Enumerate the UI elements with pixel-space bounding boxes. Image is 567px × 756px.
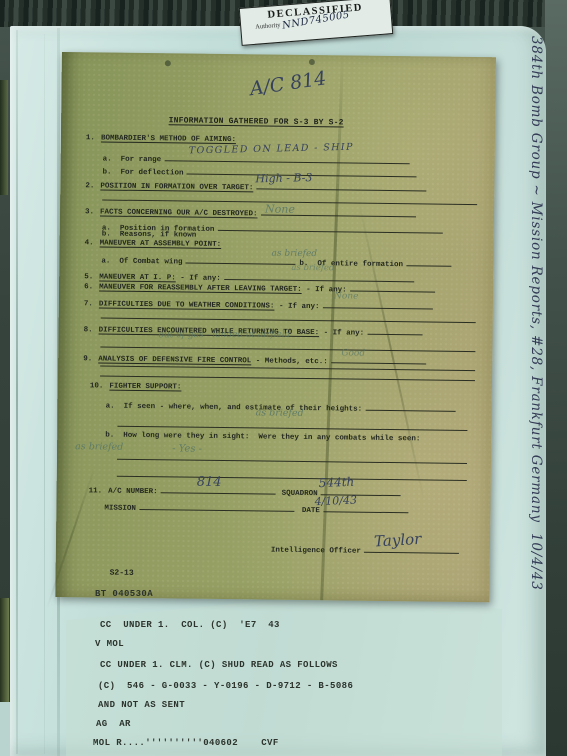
dark-background-right — [545, 0, 567, 756]
teletype-line: CC UNDER 1. COL. (C) 'E7 43 — [100, 621, 280, 630]
item-label: MANEUVER AT ASSEMBLY POINT: — [100, 239, 222, 248]
fill-line — [406, 258, 451, 267]
teletype-line: CC UNDER 1. CLM. (C) SHUD READ AS FOLLOW… — [100, 661, 338, 670]
mission-report-form: A/C 814 INFORMATION GATHERED FOR S-3 BY … — [55, 52, 496, 602]
page-code: S2-13 — [110, 570, 134, 578]
teletype-line: AND NOT AS SENT — [98, 701, 185, 710]
item-number: 2. — [85, 183, 94, 191]
fill-line — [365, 403, 455, 412]
handwritten-value: as briefed — [75, 442, 123, 452]
item-number: 8. — [84, 327, 93, 335]
item-number: 10. — [90, 383, 104, 391]
item-number: 3. — [85, 209, 94, 217]
stamp-authority-label: Authority — [255, 22, 282, 31]
fill-line — [224, 272, 414, 282]
handwritten-value: as briefed — [271, 250, 317, 260]
sub-label: a. If seen - where, when, and estimate o… — [106, 403, 363, 414]
document-photo: A/C 814 INFORMATION GATHERED FOR S-3 BY … — [0, 0, 567, 756]
sub-label: a. For range — [103, 156, 162, 165]
handwritten-value: None — [334, 292, 359, 301]
fill-line — [322, 300, 432, 309]
squadron-label: SQUADRON — [282, 490, 318, 498]
teletype-line: (C) 546 - G-0033 - Y-0196 - D-9712 - B-5… — [98, 682, 353, 691]
date-label: DATE — [302, 507, 320, 515]
handwritten-value: 544th — [319, 476, 355, 489]
page-corner — [0, 702, 10, 756]
item-number: 6. — [84, 284, 93, 292]
item-label: FACTS CONCERNING OUR A/C DESTROYED: — [100, 208, 258, 218]
handwritten-value: High - B-3 — [255, 172, 312, 184]
item-label: BOMBARDIER'S METHOD OF AIMING: — [101, 134, 236, 144]
margin-annotation: 384th Bomb Group ~ Mission Reports, #28,… — [520, 36, 544, 736]
item-number: 1. — [86, 135, 95, 143]
teletype-line: BT 040530A — [95, 590, 153, 599]
fill-line — [139, 502, 294, 512]
handwritten-value: None — [265, 203, 295, 214]
fill-line — [117, 452, 467, 464]
item-label: FIGHTER SUPPORT: — [109, 383, 181, 392]
signature-label: Intelligence Officer — [271, 547, 361, 556]
item-label-suffix: - If any: — [319, 329, 364, 338]
handwritten-value: as briefed — [256, 408, 304, 418]
fill-line — [117, 469, 467, 481]
fill-line — [350, 284, 435, 293]
item-number: 7. — [84, 301, 93, 309]
page-edge-line — [16, 30, 18, 754]
handwritten-value: out of gas - landed at airfield — [159, 331, 291, 341]
item-number: 11. — [89, 488, 103, 496]
signature: Taylor — [374, 532, 422, 550]
item-label-suffix: - If any: — [274, 303, 319, 312]
form-title: INFORMATION GATHERED FOR S-3 BY S-2 — [156, 116, 356, 127]
handwritten-value: 814 — [197, 476, 222, 489]
handwritten-value: 4/10/43 — [314, 495, 357, 508]
page-stack-sliver — [0, 80, 8, 195]
punch-hole — [309, 59, 315, 65]
handwritten-value: as briefed — [291, 264, 334, 273]
aircraft-number-annotation: A/C 814 — [249, 69, 328, 99]
sub-label: a. Of Combat wing — [101, 257, 182, 266]
teletype-line: V MOL — [95, 640, 124, 649]
sub-label: b. Reasons, if known — [102, 230, 197, 239]
punch-hole — [165, 60, 171, 66]
page-stack-sliver — [0, 598, 9, 704]
sub-label: b. For deflection — [102, 169, 183, 178]
teletype-line: MOL R....''''''''''040602 CVF — [93, 739, 279, 748]
mission-label: MISSION — [104, 505, 136, 513]
item-label: POSITION IN FORMATION OVER TARGET: — [100, 182, 253, 192]
item-number: 4. — [85, 240, 94, 248]
fill-line — [100, 339, 475, 352]
fill-line — [217, 223, 442, 234]
fill-line — [117, 419, 467, 431]
teletype-line: AG AR — [96, 720, 131, 729]
handwritten-value: Good — [341, 349, 365, 358]
item-label: MANEUVER FOR REASSEMBLY AFTER LEAVING TA… — [99, 283, 302, 293]
fill-line — [367, 327, 422, 336]
item-label: DIFFICULTIES DUE TO WEATHER CONDITIONS: — [99, 300, 275, 310]
item-number: 9. — [83, 356, 92, 364]
page-edge-line — [44, 34, 45, 754]
item-label: A/C NUMBER: — [108, 488, 158, 497]
handwritten-value: TOGGLED ON LEAD - SHIP — [189, 143, 354, 156]
